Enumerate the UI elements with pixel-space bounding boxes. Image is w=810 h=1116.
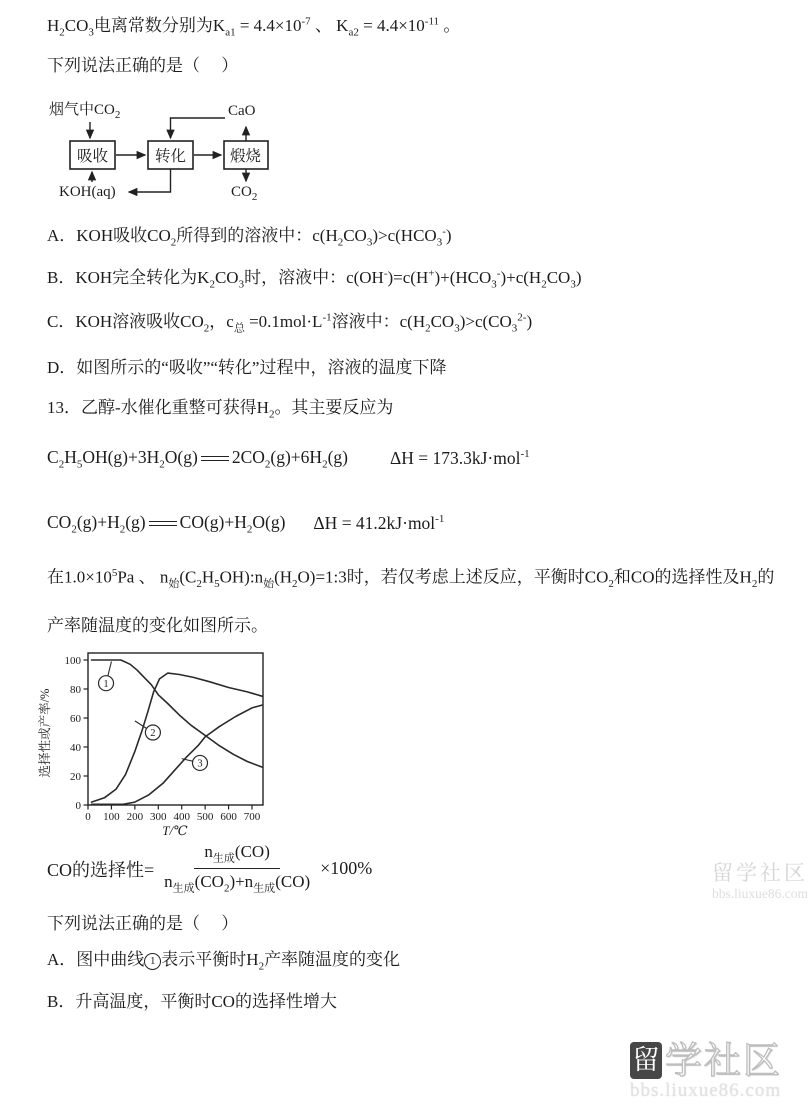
watermark-site-big-text: 学社区 <box>665 1042 782 1082</box>
calcine-box-label: 煅烧 <box>223 141 268 169</box>
q12-option-c: C．KOH溶液吸收CO2，c总 =0.1mol·L-1溶液中：c(H2CO3)>… <box>47 310 532 337</box>
fraction-numerator: n生成(CO) <box>194 842 279 869</box>
q13-option-a: A．图中曲线1表示平衡时H2产率随温度的变化 <box>47 948 400 975</box>
svg-text:60: 60 <box>70 713 82 725</box>
reaction-equation-1: C2H5OH(g)+3H2O(g) 2CO2(g)+6H2(g) ΔH = 17… <box>47 447 530 471</box>
q13-condition-paragraph: 在1.0×105Pa 、 n始(C2H5OH):n始(H2O)=1:3时，若仅考… <box>47 552 779 647</box>
watermark-logo-square: 留 <box>630 1042 662 1079</box>
svg-text:80: 80 <box>70 684 82 696</box>
watermark-url-big-text: bbs.liuxue86.com <box>630 1080 810 1102</box>
formula-lead: CO的选择性= <box>47 856 154 882</box>
formula-tail: ×100% <box>320 858 372 879</box>
cao-label: CaO <box>228 103 256 120</box>
q13-option-b: B．升高温度，平衡时CO的选择性增大 <box>47 990 337 1015</box>
svg-text:2: 2 <box>150 728 155 739</box>
svg-text:T/℃: T/℃ <box>162 823 188 838</box>
convert-box-label: 转化 <box>148 141 193 169</box>
selectivity-yield-chart: 0100200300400500600700020406080100T/℃选择性… <box>35 645 285 845</box>
koh-label: KOH(aq) <box>59 184 116 201</box>
eq1-double-bond-sign <box>201 456 229 461</box>
watermark-bottom: 留 学社区 bbs.liuxue86.com <box>630 1042 810 1102</box>
q13-prompt: 下列说法正确的是（ ） <box>47 912 238 937</box>
eq2-delta-h: ΔH = 41.2kJ·mol-1 <box>313 513 444 534</box>
eq1-rhs: 2CO2(g)+6H2(g) <box>232 447 348 471</box>
svg-text:700: 700 <box>244 811 261 823</box>
eq1-delta-h: ΔH = 173.3kJ·mol-1 <box>390 448 530 469</box>
svg-text:100: 100 <box>65 655 82 667</box>
q12-option-d: D．如图所示的“吸收”“转化”过程中，溶液的温度下降 <box>47 356 446 381</box>
svg-text:3: 3 <box>197 759 202 770</box>
svg-text:20: 20 <box>70 771 82 783</box>
q12-option-b: B．KOH完全转化为K2CO3时，溶液中：c(OH-)=c(H+)+(HCO3-… <box>47 266 581 293</box>
svg-text:200: 200 <box>127 811 144 823</box>
svg-text:0: 0 <box>85 811 91 823</box>
page-root: { "document": { "section_q12": { "consta… <box>0 0 810 1116</box>
svg-text:400: 400 <box>173 811 190 823</box>
fraction-denominator: n生成(CO2)+n生成(CO) <box>160 869 314 895</box>
co2-out-label: CO2 <box>231 184 257 203</box>
eq2-rhs: CO(g)+H2O(g) <box>180 512 286 536</box>
svg-text:1: 1 <box>103 679 108 690</box>
svg-text:500: 500 <box>197 811 214 823</box>
svg-text:40: 40 <box>70 742 82 754</box>
q13-stem: 13．乙醇-水催化重整可获得H2。其主要反应为 <box>47 396 393 423</box>
eq1-lhs: C2H5OH(g)+3H2O(g) <box>47 447 198 471</box>
svg-text:0: 0 <box>76 800 82 812</box>
watermark-site-text: 留学社区 <box>712 861 808 886</box>
flue-gas-label: 烟气中CO2 <box>49 98 120 121</box>
fraction: n生成(CO) n生成(CO2)+n生成(CO) <box>160 842 314 896</box>
q12-option-a: A．KOH吸收CO2所得到的溶液中：c(H2CO3)>c(HCO3-) <box>47 224 452 251</box>
reaction-equation-2: CO2(g)+H2(g) CO(g)+H2O(g) ΔH = 41.2kJ·mo… <box>47 512 444 536</box>
svg-text:选择性或产率/%: 选择性或产率/% <box>37 689 52 778</box>
eq2-double-bond-sign <box>149 521 177 526</box>
co2-capture-flowchart: 烟气中CO2 CaO 吸收 转化 煅烧 KOH(aq) CO2 <box>45 98 285 213</box>
svg-text:600: 600 <box>220 811 237 823</box>
q12-prompt: 下列说法正确的是（ ） <box>47 54 238 79</box>
eq2-lhs: CO2(g)+H2(g) <box>47 512 146 536</box>
co-selectivity-formula: CO的选择性= n生成(CO) n生成(CO2)+n生成(CO) ×100% <box>47 842 372 896</box>
watermark-url-text: bbs.liuxue86.com <box>712 886 808 902</box>
svg-text:300: 300 <box>150 811 167 823</box>
svg-text:100: 100 <box>103 811 120 823</box>
q12-constants-line: H2CO3电离常数分别为Ka1 = 4.4×10-7 、 Ka2 = 4.4×1… <box>47 14 460 41</box>
watermark-mid: 留学社区 bbs.liuxue86.com <box>712 861 808 902</box>
absorb-box-label: 吸收 <box>70 141 115 169</box>
